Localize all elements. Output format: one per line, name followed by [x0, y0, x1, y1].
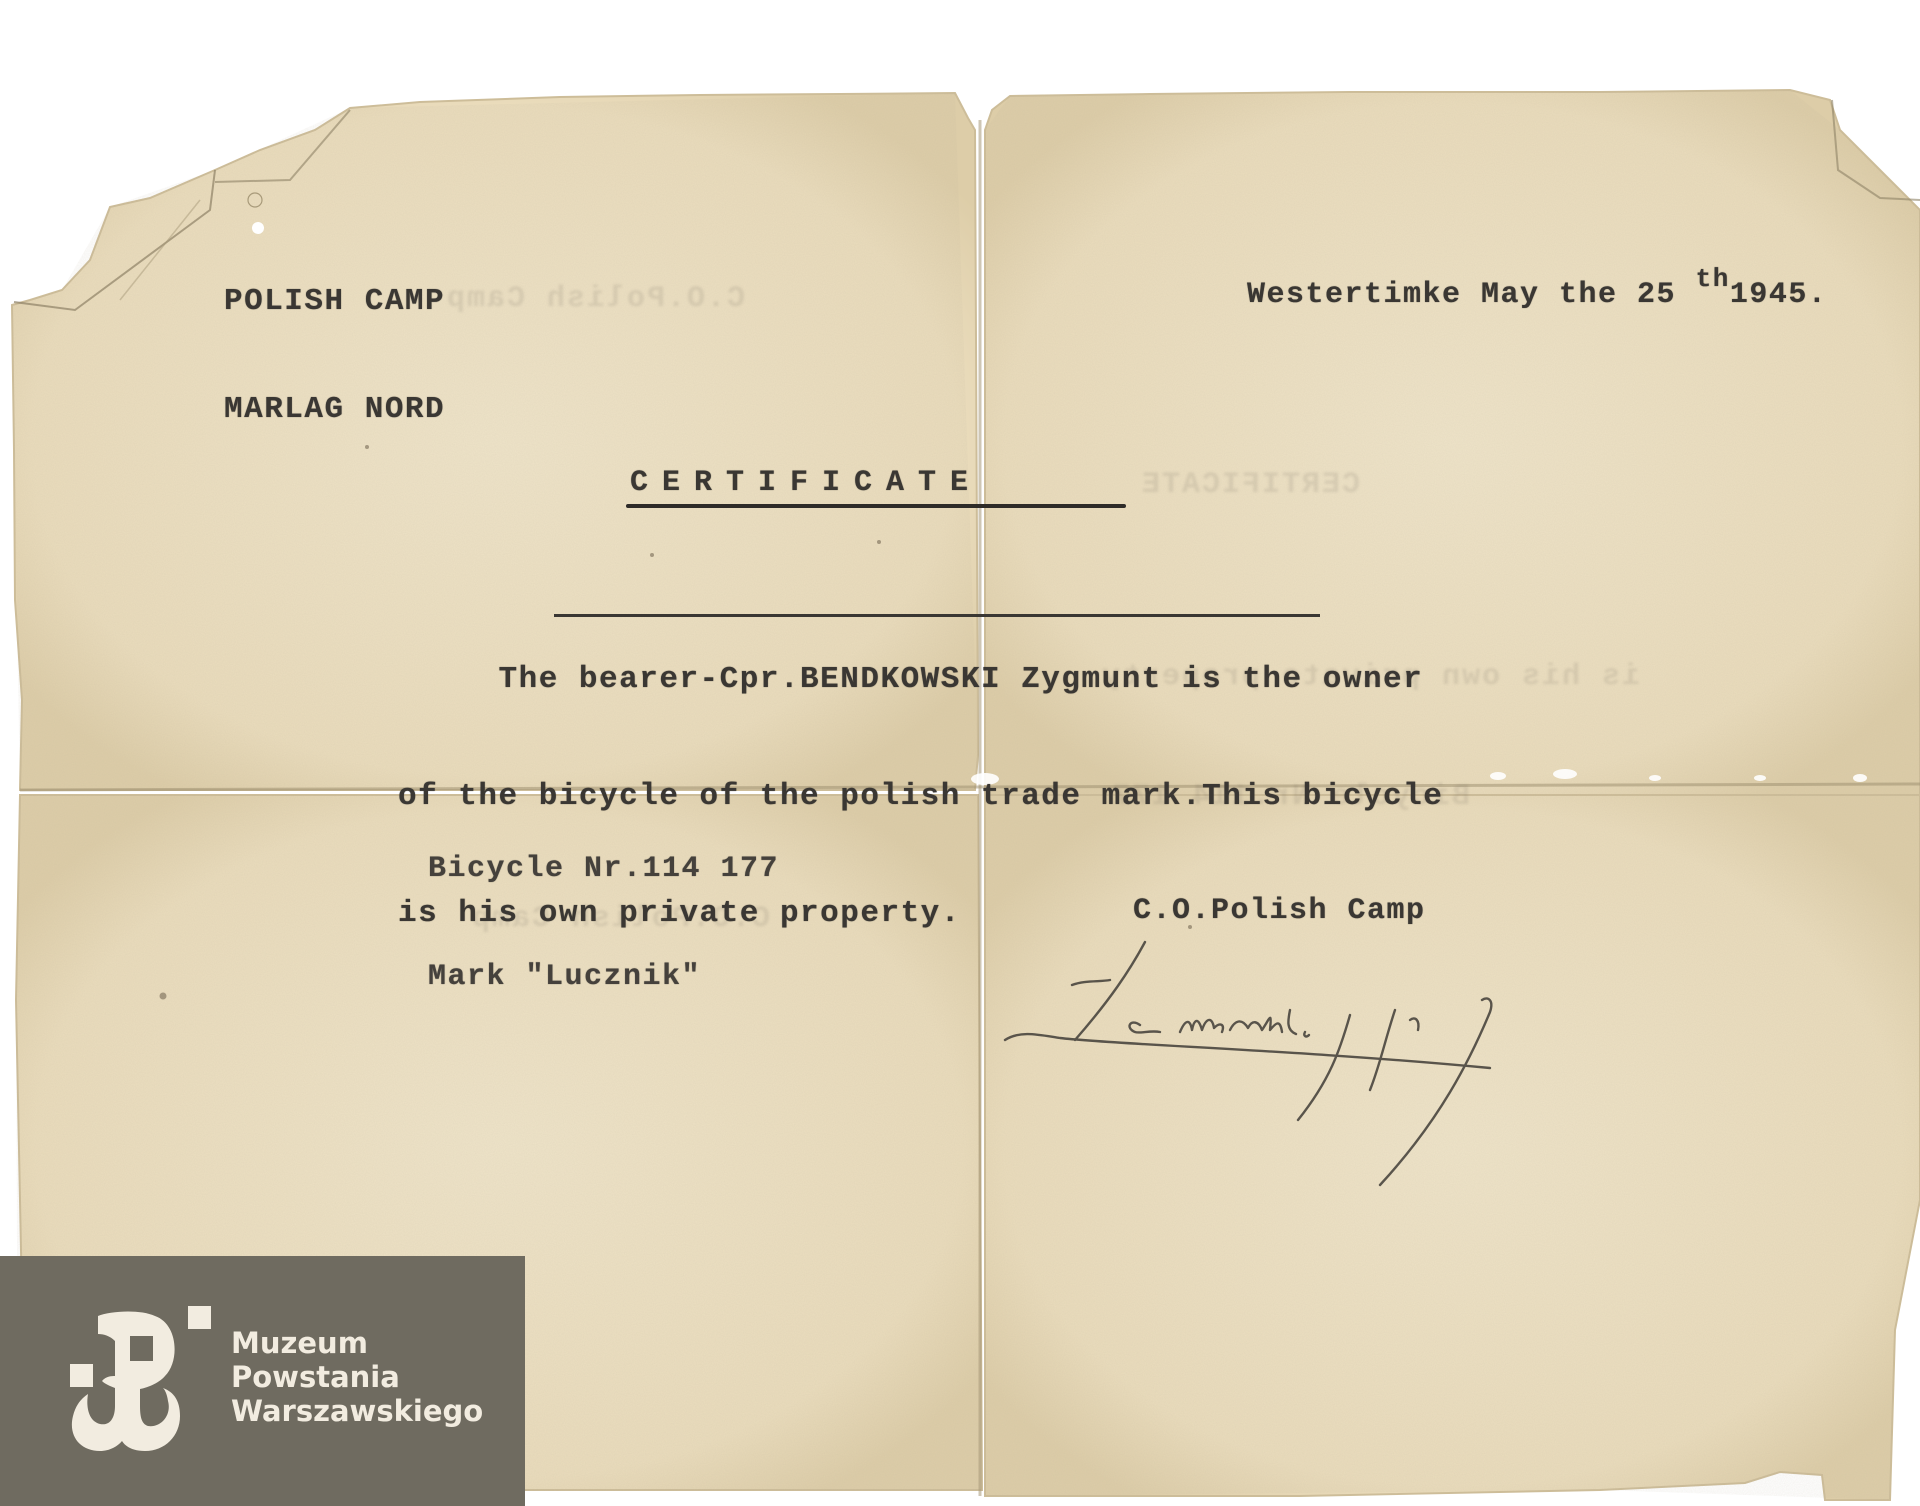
date-place-day: Westertimke May the 25 — [1247, 278, 1676, 312]
bleed-through-text: CERTIFICATE — [1140, 468, 1360, 502]
camp-name: POLISH CAMP — [224, 284, 445, 320]
signature-icon — [1000, 940, 1640, 1200]
date-ordinal: th — [1696, 264, 1730, 294]
bicycle-mark: Mark "Lucznik" — [428, 959, 779, 995]
signatory-title: C.O.Polish Camp — [1133, 896, 1426, 926]
body-line-1: The bearer-Cpr.BENDKOWSKI Zygmunt is the… — [398, 660, 1443, 699]
name-underline — [554, 614, 1320, 617]
camp-location: MARLAG NORD — [224, 392, 445, 428]
museum-name-line-3: Warszawskiego — [231, 1394, 483, 1428]
bicycle-details: Bicycle Nr.114 177 Mark "Lucznik" — [428, 779, 779, 1031]
bleed-through-text: C.O.Polish Camp — [445, 282, 745, 316]
kotwica-anchor-icon — [70, 1306, 220, 1456]
museum-watermark: Muzeum Powstania Warszawskiego — [0, 1256, 525, 1506]
date-year: 1945. — [1730, 278, 1828, 312]
certificate-title: CERTIFICATE — [630, 468, 982, 498]
date-line: Westertimke May the 25 th1945. — [1247, 280, 1827, 310]
camp-header: POLISH CAMP MARLAG NORD — [224, 212, 445, 464]
handwritten-signature — [1000, 940, 1640, 1205]
museum-name: Muzeum Powstania Warszawskiego — [231, 1326, 483, 1428]
museum-name-line-2: Powstania — [231, 1360, 483, 1394]
museum-name-line-1: Muzeum — [231, 1326, 483, 1360]
title-underline — [626, 504, 1126, 508]
bicycle-number: Bicycle Nr.114 177 — [428, 851, 779, 887]
